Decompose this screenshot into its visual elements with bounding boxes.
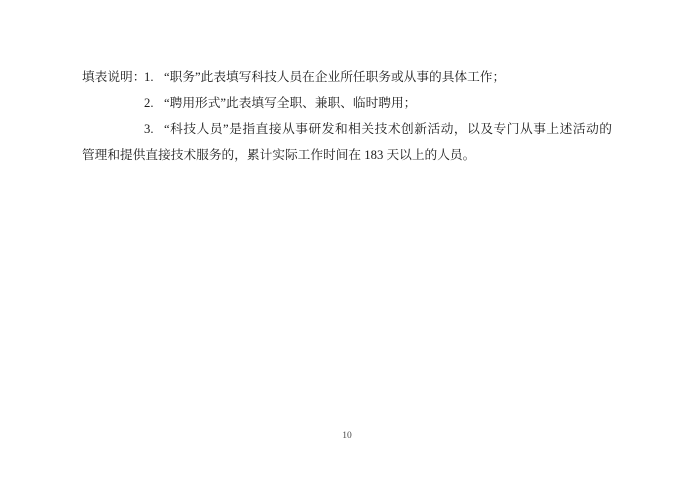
note-item-3-text-second-line: 管理和提供直接技术服务的，累计实际工作时间在 183 天以上的人员。 [82, 148, 475, 162]
form-notes-section: 填表说明：1.“职务”此表填写科技人员在企业所任职务或从事的具体工作； 2.“聘… [82, 64, 612, 168]
notes-line-1: 填表说明：1.“职务”此表填写科技人员在企业所任职务或从事的具体工作； [82, 64, 612, 90]
notes-line-3: 3.“科技人员”是指直接从事研发和相关技术创新活动，以及专门从事上述活动的 [82, 116, 612, 142]
note-item-2-number: 2. [144, 90, 164, 116]
notes-label: 填表说明： [82, 64, 144, 90]
page-number: 10 [82, 429, 612, 443]
notes-line-2: 2.“聘用形式”此表填写全职、兼职、临时聘用； [82, 90, 612, 116]
note-item-1-text: “职务”此表填写科技人员在企业所任职务或从事的具体工作； [164, 70, 505, 84]
note-item-2-text: “聘用形式”此表填写全职、兼职、临时聘用； [164, 96, 416, 110]
note-item-3-text-first-line: “科技人员”是指直接从事研发和相关技术创新活动，以及专门从事上述活动的 [164, 122, 612, 136]
document-page: 填表说明：1.“职务”此表填写科技人员在企业所任职务或从事的具体工作； 2.“聘… [0, 0, 700, 495]
note-item-3-number: 3. [144, 116, 164, 142]
note-item-1-number: 1. [144, 64, 164, 90]
notes-line-4: 管理和提供直接技术服务的，累计实际工作时间在 183 天以上的人员。 [82, 142, 612, 168]
